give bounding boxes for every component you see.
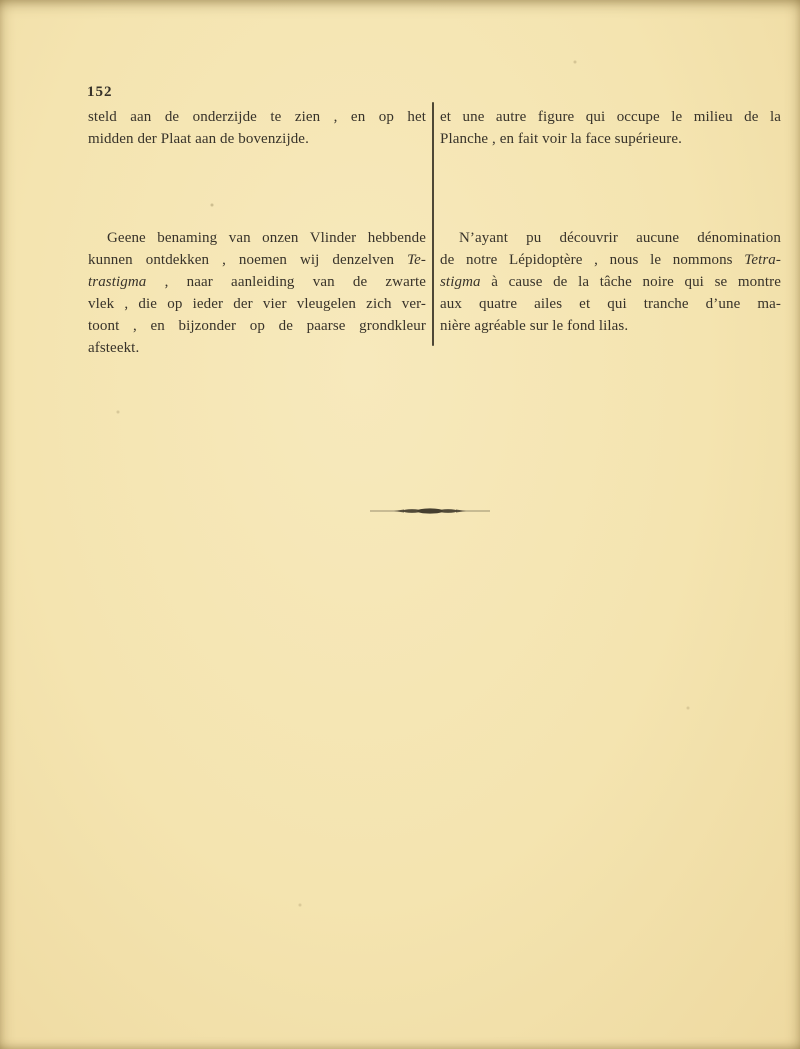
text-line: toont , en bijzonder op de paarse grondk… (88, 315, 426, 337)
dutch-paragraph-2: Geene benaming van onzen Vlinder hebbend… (88, 227, 426, 359)
text-line: kunnen ontdekken , noemen wij denzelven … (88, 249, 426, 271)
french-paragraph-2: N’ayant pu découvrir aucune dénomination… (440, 227, 781, 337)
text-line: et une autre figure qui occupe le milieu… (440, 106, 781, 128)
text-line: midden der Plaat aan de bovenzijde. (88, 128, 426, 150)
page-number: 152 (87, 84, 113, 101)
text-line: stigma à cause de la tâche noire qui se … (440, 271, 781, 293)
text-line: Planche , en fait voir la face supérieur… (440, 128, 781, 150)
text-line: de notre Lépidoptère , nous le nommons T… (440, 249, 781, 271)
text-line: nière agréable sur le fond lilas. (440, 315, 781, 337)
text-line: afsteekt. (88, 337, 426, 359)
flourish-divider-icon (368, 505, 492, 517)
dutch-paragraph-1: steld aan de onderzijde te zien , en op … (88, 106, 426, 150)
french-paragraph-1: et une autre figure qui occupe le milieu… (440, 106, 781, 150)
dutch-column: steld aan de onderzijde te zien , en op … (88, 106, 426, 359)
french-column: et une autre figure qui occupe le milieu… (440, 106, 781, 337)
book-page: 152 steld aan de onderzijde te zien , en… (0, 0, 800, 1049)
text-line: Geene benaming van onzen Vlinder hebbend… (88, 227, 426, 249)
text-line: steld aan de onderzijde te zien , en op … (88, 106, 426, 128)
text-line: N’ayant pu découvrir aucune dénomination (440, 227, 781, 249)
text-line: trastigma , naar aanleiding van de zwart… (88, 271, 426, 293)
text-line: aux quatre ailes et qui tranche d’une ma… (440, 293, 781, 315)
column-divider-rule (432, 102, 434, 346)
text-line: vlek , die op ieder der vier vleugelen z… (88, 293, 426, 315)
